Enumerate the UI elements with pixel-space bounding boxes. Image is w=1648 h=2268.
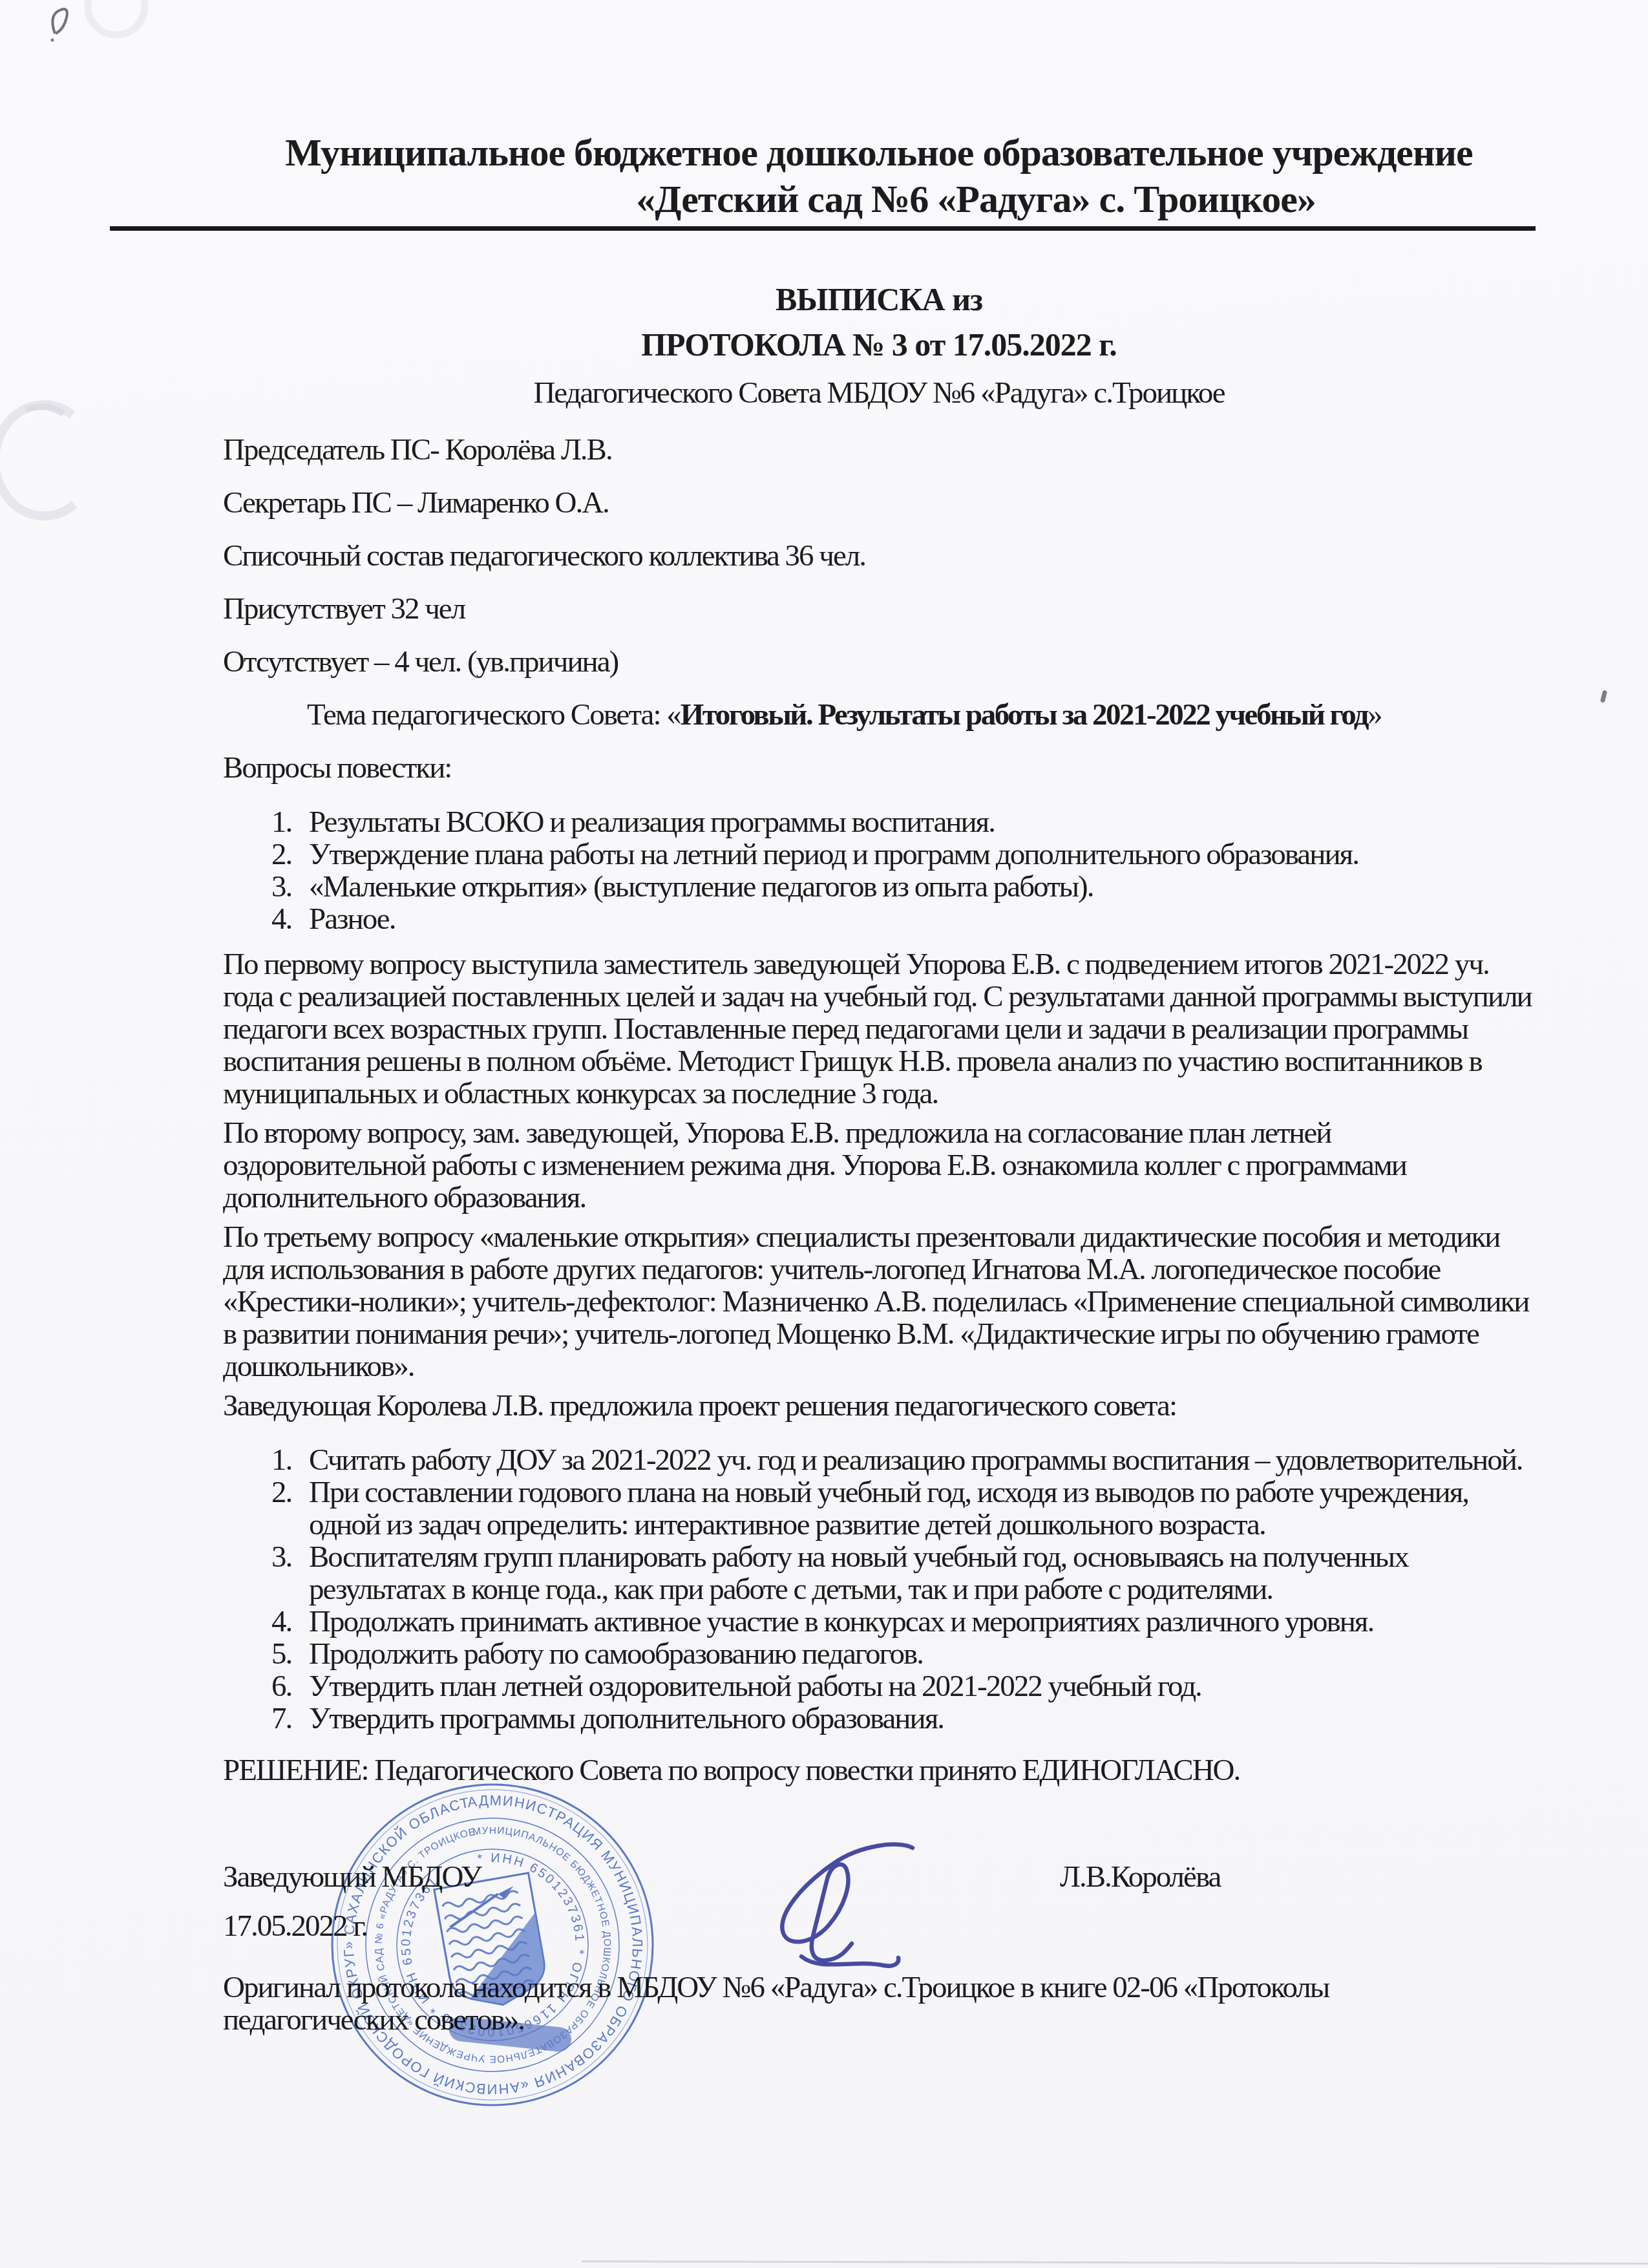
- decision-item: Продолжить работу по самообразованию пед…: [271, 1638, 1535, 1670]
- decision-intro: Заведующая Королева Л.В. предложила прое…: [223, 1390, 1535, 1422]
- council-theme-line: Тема педагогического Совета: «Итоговый. …: [307, 699, 1535, 731]
- header-divider: [110, 226, 1536, 231]
- smudge-arc2-icon: [26, 407, 63, 414]
- agenda-item: «Маленькие открытия» (выступление педаго…: [271, 871, 1535, 903]
- document-title-line2: ПРОТОКОЛА № 3 от 17.05.2022 г.: [223, 326, 1535, 363]
- scanned-document-page: Муниципальное бюджетное дошкольное образ…: [0, 0, 1648, 2268]
- organization-header: Муниципальное бюджетное дошкольное образ…: [223, 129, 1535, 222]
- decision-item: Воспитателям групп планировать работу на…: [271, 1541, 1535, 1606]
- decision-list: Считать работу ДОУ за 2021-2022 уч. год …: [223, 1444, 1535, 1735]
- organization-name-line1: Муниципальное бюджетное дошкольное образ…: [223, 129, 1535, 176]
- theme-title: Итоговый. Результаты работы за 2021-2022…: [681, 698, 1368, 732]
- shield-sail-mast: [446, 1894, 502, 1927]
- agenda-item: Результаты ВСОКО и реализация программы …: [271, 806, 1535, 838]
- agenda-list: Результаты ВСОКО и реализация программы …: [223, 806, 1535, 935]
- decision-item: Утвердить программы дополнительного обра…: [271, 1702, 1535, 1735]
- theme-suffix: »: [1368, 698, 1382, 732]
- signee-name: Л.В.Королёва: [1060, 1861, 1220, 1893]
- document-title-line1: ВЫПИСКА из: [223, 281, 1535, 317]
- decision-item: Продолжать принимать активное участие в …: [271, 1606, 1535, 1638]
- ink-dot-icon: [51, 39, 54, 42]
- scan-artifact-smudge: [0, 396, 97, 531]
- stamp-body: АДМИНИСТРАЦИЯ МУНИЦИПАЛЬНОГО ОБРАЗОВАНИЯ…: [324, 1777, 660, 2113]
- document-content: Муниципальное бюджетное дошкольное образ…: [223, 0, 1535, 2036]
- official-stamp: АДМИНИСТРАЦИЯ МУНИЦИПАЛЬНОГО ОБРАЗОВАНИЯ…: [324, 1777, 660, 2113]
- agenda-heading: Вопросы повестки:: [223, 752, 1535, 784]
- smudge-arc-icon: [0, 405, 74, 516]
- scan-artifact-tick: [1600, 690, 1607, 703]
- agenda-item: Утверждение плана работы на летний перио…: [271, 838, 1535, 871]
- meta-present: Присутствует 32 чел: [223, 593, 1535, 625]
- meta-secretary: Секретарь ПС – Лимаренко О.А.: [223, 487, 1535, 519]
- decision-item: Считать работу ДОУ за 2021-2022 уч. год …: [271, 1444, 1535, 1476]
- agenda-item: Разное.: [271, 903, 1535, 935]
- meta-roster: Списочный состав педагогического коллект…: [223, 540, 1535, 572]
- body-paragraph: По второму вопросу, зам. заведующей, Упо…: [223, 1117, 1535, 1214]
- signature-stroke: [782, 1845, 913, 1966]
- pen-mark-icon: [52, 9, 67, 34]
- decision-item: Утвердить план летней оздоровительной ра…: [271, 1670, 1535, 1702]
- body-paragraph: По первому вопросу выступила заместитель…: [223, 948, 1535, 1110]
- smudge-ring-icon: [88, 0, 145, 35]
- scan-bottom-edge-line: [582, 2260, 1648, 2264]
- handwritten-signature: [737, 1839, 937, 1987]
- stamp-bottom-band: [448, 2016, 573, 2053]
- stamp-ring-texts: АДМИНИСТРАЦИЯ МУНИЦИПАЛЬНОГО ОБРАЗОВАНИЯ…: [324, 1777, 660, 2113]
- document-title-line3: Педагогического Совета МБДОУ №6 «Радуга»…: [223, 377, 1535, 409]
- organization-name-line2: «Детский сад №6 «Радуга» с. Троицкое»: [320, 176, 1632, 222]
- meta-absent: Отсутствует – 4 чел. (ув.причина): [223, 646, 1535, 678]
- body-paragraph: По третьему вопросу «маленькие открытия»…: [223, 1221, 1535, 1383]
- theme-prefix: Тема педагогического Совета: «: [307, 698, 681, 732]
- decision-item: При составлении годового плана на новый …: [271, 1476, 1535, 1541]
- scan-artifact-pen-scribble: [36, 0, 178, 65]
- meta-chairman: Председатель ПС- Королёва Л.В.: [223, 434, 1535, 466]
